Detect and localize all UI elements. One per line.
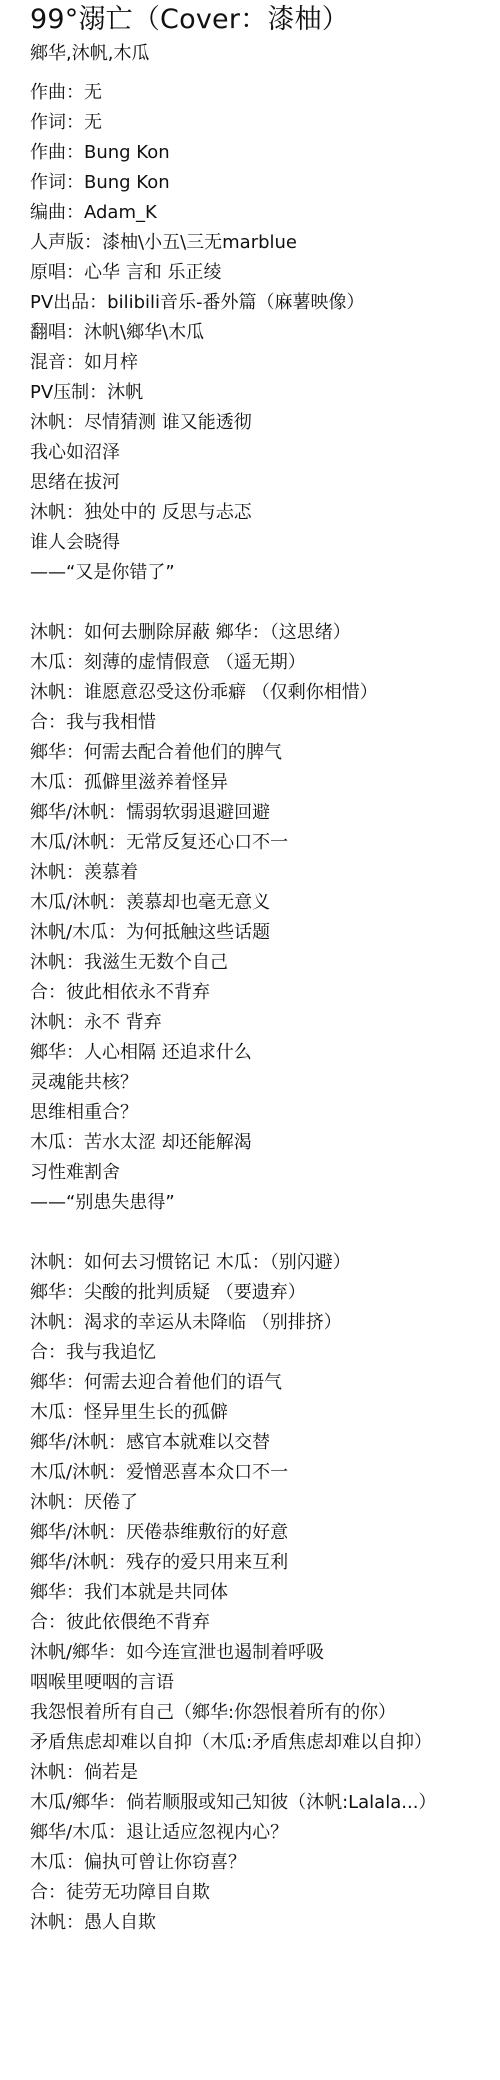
lyric-line: 鄉华/沐帆：懦弱软弱退避回避 bbox=[30, 798, 500, 828]
lyric-line: 矛盾焦虑却难以自抑（木瓜:矛盾焦虑却难以自抑） bbox=[30, 1728, 500, 1758]
song-artists: 鄉华,沐帆,木瓜 bbox=[30, 42, 500, 66]
lyric-line: 沐帆/鄉华：如今连宣泄也遏制着呼吸 bbox=[30, 1638, 500, 1668]
lyric-line: 鄉华：人心相隔 还追求什么 bbox=[30, 1038, 500, 1068]
lyric-line: PV压制：沐帆 bbox=[30, 378, 500, 408]
lyric-line: 原唱：心华 言和 乐正绫 bbox=[30, 258, 500, 288]
lyric-line bbox=[30, 1218, 500, 1248]
lyric-line: 思维相重合？ bbox=[30, 1098, 500, 1128]
lyric-line: 合：徒劳无功障目自欺 bbox=[30, 1878, 500, 1908]
lyric-line: 翻唱：沐帆\鄉华\木瓜 bbox=[30, 318, 500, 348]
lyric-line: 木瓜：刻薄的虚情假意 （遥无期） bbox=[30, 648, 500, 678]
lyric-line: 合：我与我追忆 bbox=[30, 1338, 500, 1368]
lyric-line: 沐帆：羡慕着 bbox=[30, 858, 500, 888]
lyric-line: 沐帆：厌倦了 bbox=[30, 1488, 500, 1518]
lyric-line: 鄉华：何需去迎合着他们的语气 bbox=[30, 1368, 500, 1398]
lyric-line: 沐帆：谁愿意忍受这份乖癖 （仅剩你相惜） bbox=[30, 678, 500, 708]
lyrics-list: 作曲：无作词：无作曲：Bung Kon作词：Bung Kon编曲：Adam_K人… bbox=[30, 78, 500, 1938]
lyric-line: 木瓜/沐帆：爱憎恶喜本众口不一 bbox=[30, 1458, 500, 1488]
lyric-line: 作曲：无 bbox=[30, 78, 500, 108]
lyric-line: 木瓜/沐帆：羡慕却也毫无意义 bbox=[30, 888, 500, 918]
lyric-line: 鄉华/木瓜：退让适应忽视内心？ bbox=[30, 1818, 500, 1848]
lyric-line: 作曲：Bung Kon bbox=[30, 138, 500, 168]
lyric-line: 木瓜：偏执可曾让你窃喜？ bbox=[30, 1848, 500, 1878]
lyric-line: PV出品：bilibili音乐-番外篇（麻薯映像） bbox=[30, 288, 500, 318]
lyric-line: 合：彼此依偎绝不背弃 bbox=[30, 1608, 500, 1638]
lyric-line: 鄉华：尖酸的批判质疑 （要遗弃） bbox=[30, 1278, 500, 1308]
lyric-line: 鄉华：何需去配合着他们的脾气 bbox=[30, 738, 500, 768]
lyric-line: 沐帆：永不 背弃 bbox=[30, 1008, 500, 1038]
lyric-line: 人声版：漆柚\小五\三无marblue bbox=[30, 228, 500, 258]
lyric-line: 编曲：Adam_K bbox=[30, 198, 500, 228]
lyric-line: ——“又是你错了” bbox=[30, 558, 500, 588]
lyric-line: 沐帆/木瓜：为何抵触这些话题 bbox=[30, 918, 500, 948]
lyric-line: 沐帆：我滋生无数个自己 bbox=[30, 948, 500, 978]
lyric-line bbox=[30, 588, 500, 618]
lyric-line: 咽喉里哽咽的言语 bbox=[30, 1668, 500, 1698]
lyric-line: 灵魂能共核？ bbox=[30, 1068, 500, 1098]
lyric-line: 鄉华/沐帆：残存的爱只用来互利 bbox=[30, 1548, 500, 1578]
lyric-line: 作词：无 bbox=[30, 108, 500, 138]
lyric-line: 木瓜/沐帆：无常反复还心口不一 bbox=[30, 828, 500, 858]
lyric-line: 我心如沼泽 bbox=[30, 438, 500, 468]
lyric-line: 沐帆：渴求的幸运从未降临 （别排挤） bbox=[30, 1308, 500, 1338]
lyric-line: 混音：如月梓 bbox=[30, 348, 500, 378]
lyric-line: 沐帆：独处中的 反思与忐忑 bbox=[30, 498, 500, 528]
lyric-line: 思绪在拔河 bbox=[30, 468, 500, 498]
lyric-line: 沐帆：如何去习惯铭记 木瓜：（别闪避） bbox=[30, 1248, 500, 1278]
lyric-line: 作词：Bung Kon bbox=[30, 168, 500, 198]
lyric-line: ——“别患失患得” bbox=[30, 1188, 500, 1218]
lyric-line: 鄉华/沐帆：厌倦恭维敷衍的好意 bbox=[30, 1518, 500, 1548]
lyric-line: 鄉华：我们本就是共同体 bbox=[30, 1578, 500, 1608]
lyric-line: 谁人会晓得 bbox=[30, 528, 500, 558]
lyric-line: 合：我与我相惜 bbox=[30, 708, 500, 738]
lyric-line: 木瓜：怪异里生长的孤僻 bbox=[30, 1398, 500, 1428]
lyric-line: 木瓜：苦水太涩 却还能解渴 bbox=[30, 1128, 500, 1158]
lyric-line: 合：彼此相依永不背弃 bbox=[30, 978, 500, 1008]
lyric-line: 木瓜：孤僻里滋养着怪异 bbox=[30, 768, 500, 798]
lyric-line: 习性难割舍 bbox=[30, 1158, 500, 1188]
lyric-line: 沐帆：尽情猜测 谁又能透彻 bbox=[30, 408, 500, 438]
lyrics-page: 99°溺亡（Cover：漆柚） 鄉华,沐帆,木瓜 作曲：无作词：无作曲：Bung… bbox=[0, 2, 500, 1938]
lyric-line: 我怨恨着所有自己（鄉华:你怨恨着所有的你） bbox=[30, 1698, 500, 1728]
lyric-line: 沐帆：倘若是 bbox=[30, 1758, 500, 1788]
lyric-line: 沐帆：如何去删除屏蔽 鄉华：（这思绪） bbox=[30, 618, 500, 648]
lyric-line: 木瓜/鄉华：倘若顺服或知己知彼（沐帆:Lalala...） bbox=[30, 1788, 500, 1818]
lyric-line: 鄉华/沐帆：感官本就难以交替 bbox=[30, 1428, 500, 1458]
song-title: 99°溺亡（Cover：漆柚） bbox=[30, 2, 500, 38]
lyric-line: 沐帆：愚人自欺 bbox=[30, 1908, 500, 1938]
